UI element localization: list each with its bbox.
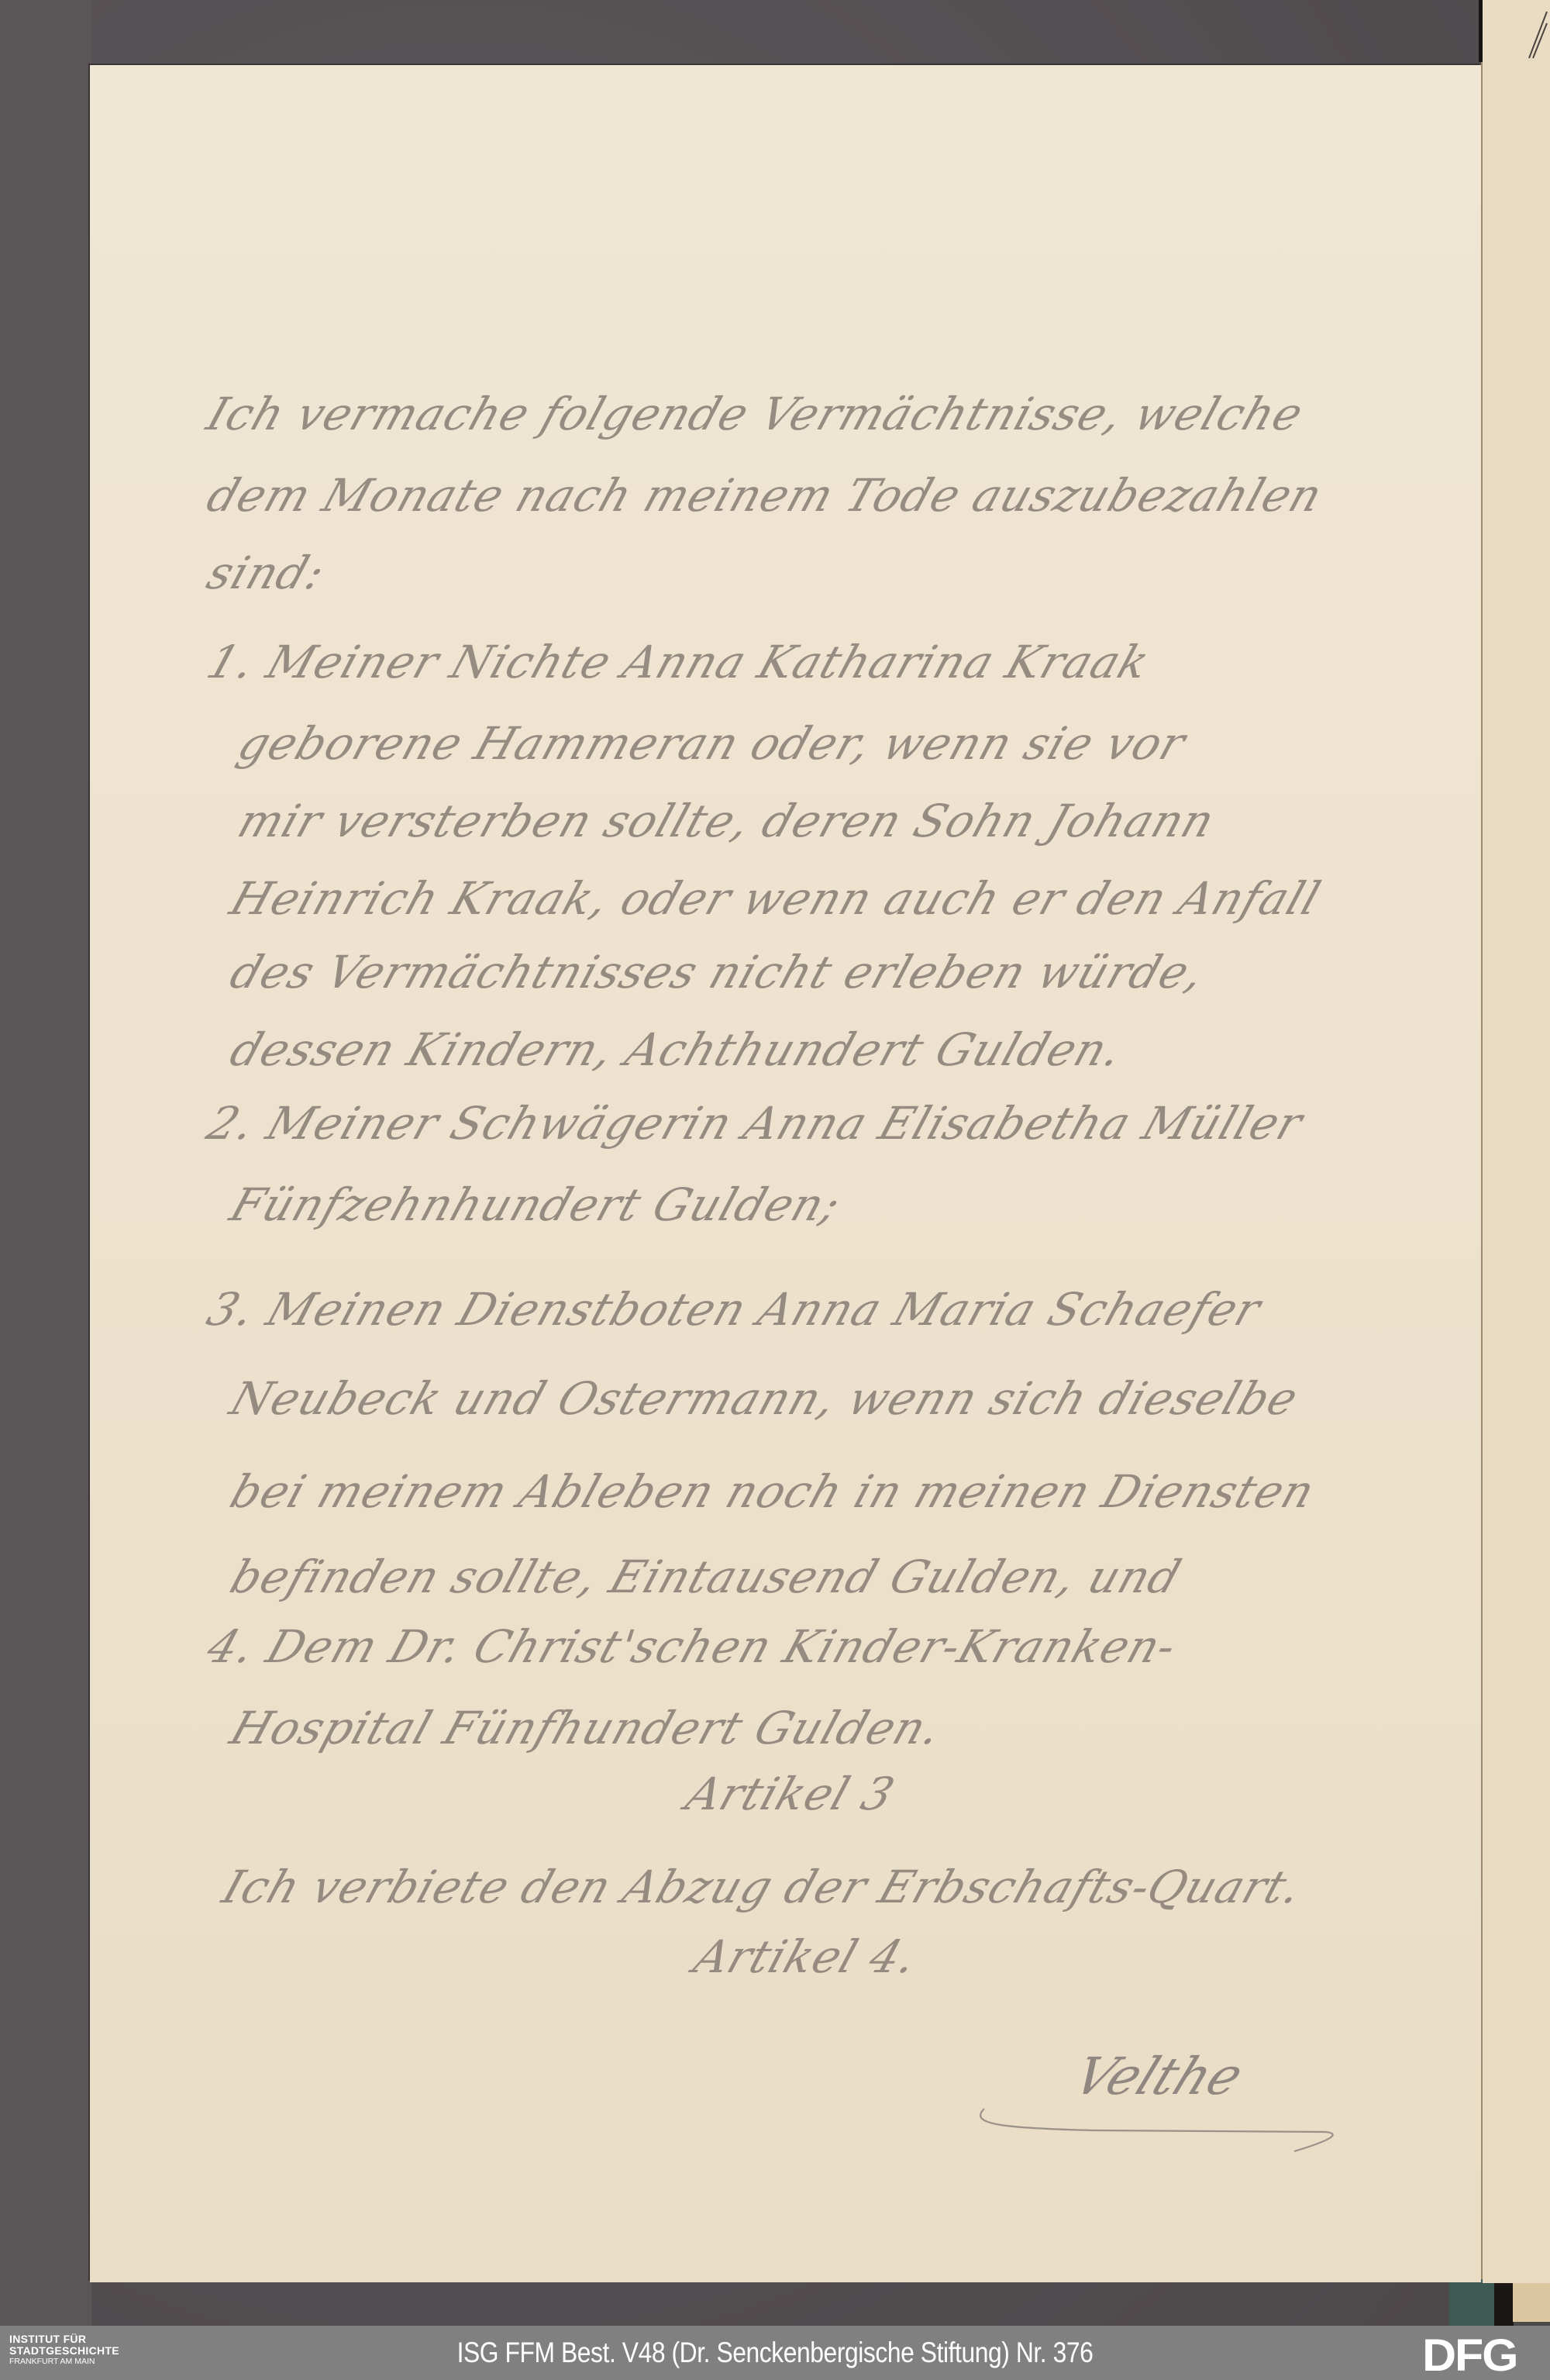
- text-line: sind:: [201, 547, 332, 599]
- text-line: dessen Kindern, Achthundert Gulden.: [224, 1023, 1129, 1076]
- adjacent-page-edge: [1483, 0, 1550, 2283]
- list-item-3: 3. Meinen Dienstboten Anna Maria Schaefe…: [201, 1283, 1268, 1336]
- text-line: Heinrich Kraak, oder wenn auch er den An…: [224, 872, 1328, 925]
- text-line: Ich vermache folgende Vermächtnisse, wel…: [201, 388, 1311, 440]
- left-mount-board: [0, 0, 91, 2326]
- green-binding-strip: [1449, 2279, 1496, 2326]
- text-line: befinden sollte, Eintausend Gulden, und: [224, 1550, 1188, 1603]
- institute-name-line1: INSTITUT FÜR: [9, 2333, 119, 2344]
- text-line: des Vermächtnisses nicht erleben würde,: [224, 946, 1211, 999]
- text-line: geborene Hammeran oder, wenn sie vor: [232, 717, 1193, 770]
- article-heading-3: Artikel 3: [154, 1768, 1427, 1820]
- text-line: Ich verbiete den Abzug der Erbschafts-Qu…: [216, 1861, 1309, 1913]
- signature-underline-flourish: [969, 2093, 1356, 2155]
- text-line: Fünfzehnhundert Gulden;: [224, 1178, 848, 1231]
- dfg-logo: DFG: [1422, 2333, 1517, 2378]
- institute-name-line2: STADTGESCHICHTE: [9, 2345, 119, 2356]
- archive-reference-title: ISG FFM Best. V48 (Dr. Senckenbergische …: [108, 2337, 1441, 2369]
- institute-location: FRANKFURT AM MAIN: [9, 2358, 119, 2366]
- text-line: bei meinem Ableben noch in meinen Dienst…: [224, 1465, 1321, 1518]
- archive-footer-bar: INSTITUT FÜR STADTGESCHICHTE FRANKFURT A…: [0, 2326, 1550, 2380]
- text-line: mir versterben sollte, deren Sohn Johann: [232, 795, 1221, 847]
- adjacent-page-corner: [1513, 2283, 1550, 2322]
- article-heading-4: Artikel 4.: [170, 1930, 1442, 1983]
- list-item-4: 4. Dem Dr. Christ'schen Kinder-Kranken-: [201, 1620, 1183, 1673]
- text-line: dem Monate nach meinem Tode auszubezahle…: [201, 469, 1329, 522]
- ink-stroke-fragment: [1525, 8, 1548, 62]
- text-line: Neubeck und Ostermann, wenn sich dieselb…: [224, 1372, 1305, 1425]
- binding-gap-bottom: [1494, 2279, 1514, 2326]
- text-line: Hospital Fünfhundert Gulden.: [224, 1702, 949, 1754]
- institute-logo: INSTITUT FÜR STADTGESCHICHTE FRANKFURT A…: [9, 2333, 119, 2366]
- page-gutter-line: [1481, 62, 1483, 2279]
- list-item-2: 2. Meiner Schwägerin Anna Elisabetha Mül…: [201, 1097, 1310, 1150]
- list-item-1: 1. Meiner Nichte Anna Katharina Kraak: [201, 636, 1156, 688]
